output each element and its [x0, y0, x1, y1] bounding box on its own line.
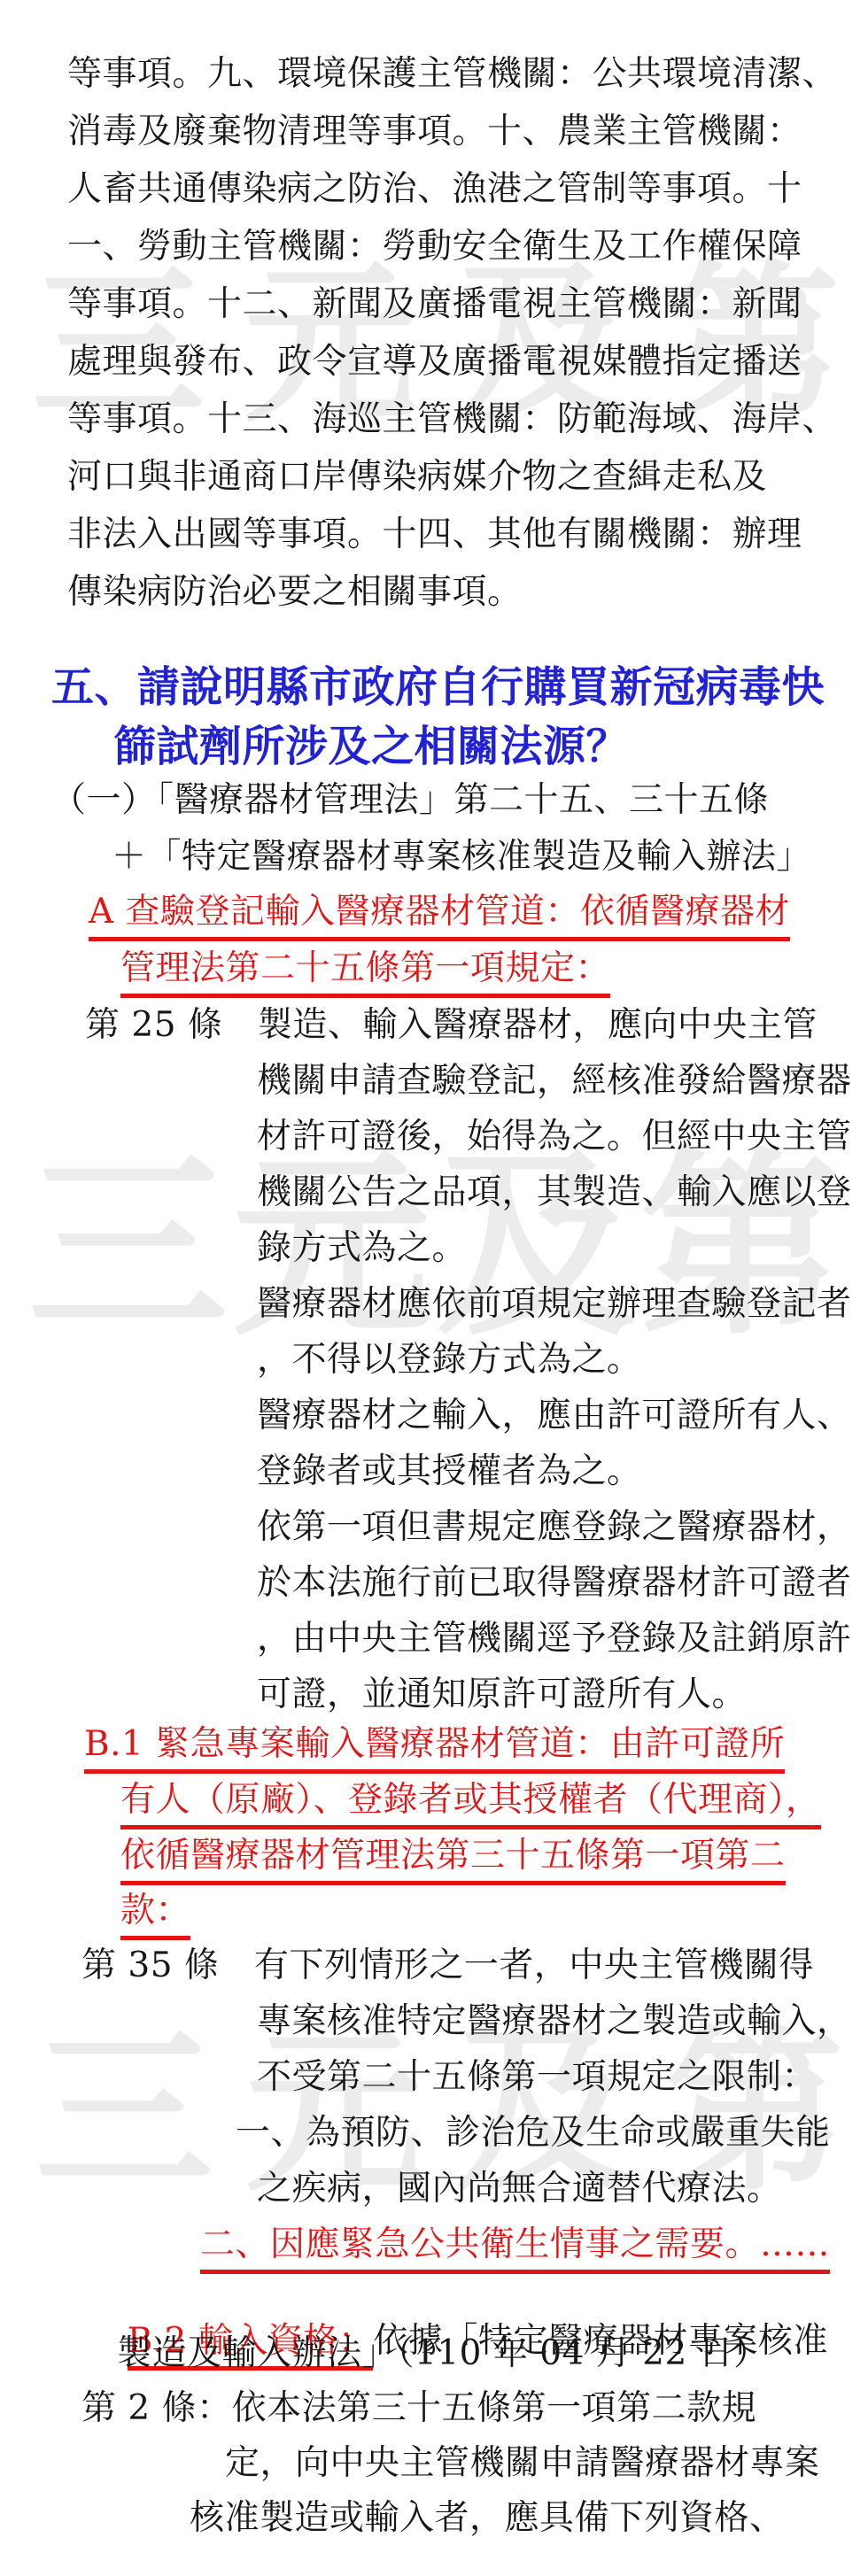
article-35-item1-line: 一、為預防、診治危及生命或嚴重失能 [236, 2112, 831, 2154]
article-25-body-line: 機關公告之品項，其製造、輸入應以登 [257, 1172, 852, 1214]
question5-heading-line2: 篩試劑所涉及之相關法源？ [113, 722, 629, 771]
watermark-char: 三 [28, 1148, 228, 1347]
section-b1-heading-line4: 款： [120, 1890, 190, 1940]
intro-paragraph-line: 人畜共通傳染病之防治、漁港之管制等事項。十 [67, 168, 802, 211]
article-35-item1-line: 之疾病，國內尚無合適替代療法。 [257, 2168, 782, 2210]
legal-basis-line1: （一）「醫療器材管理法」第二十五、三十五條 [51, 779, 769, 822]
section-b1-heading-line1: B.1 緊急專案輸入醫療器材管道：由許可證所 [84, 1723, 785, 1774]
intro-paragraph-line: 非法入出國等事項。十四、其他有關機關：辦理 [67, 514, 802, 556]
article-25-body-line: 錄方式為之。 [257, 1227, 467, 1270]
article-25-body-line: 可證，並通知原許可證所有人。 [257, 1674, 747, 1716]
article-25-body-line: 醫療器材應依前項規定辦理查驗登記者 [257, 1283, 852, 1326]
legal-basis-line2: ＋「特定醫療器材專案核准製造及輸入辦法」 [112, 836, 811, 878]
article-25-body-line: ，不得以登錄方式為之。 [257, 1339, 642, 1381]
article-2-body-line: 定，向中央主管機關申請醫療器材專案 [225, 2442, 820, 2485]
article-25-body-line: 材許可證後，始得為之。但經中央主管 [257, 1116, 852, 1158]
article-25-body-line: 於本法施行前已取得醫療器材許可證者 [257, 1562, 852, 1605]
document-page: 三 元 及 第 三 元 及 第 三 元 及 第 等事項。九、環境保護主管機關：公… [0, 0, 868, 2576]
regulation-date-line: 製造及輸入辦法」（110 年 04 月 22 日） [117, 2332, 769, 2375]
article-35-body-line: 專案核准特定醫療器材之製造或輸入， [257, 2000, 852, 2043]
intro-paragraph-line: 河口與非通商口岸傳染病媒介物之查緝走私及 [67, 456, 767, 499]
intro-paragraph-line: 消毒及廢棄物清理等事項。十、農業主管機關： [67, 111, 802, 153]
article-25-body-line: ，由中央主管機關逕予登錄及註銷原許 [257, 1618, 852, 1660]
section-b1-heading-line2: 有人（原廠）、登錄者或其授權者（代理商）， [120, 1779, 821, 1830]
article-35-body-line: 不受第二十五條第一項規定之限制： [257, 2056, 817, 2099]
section-a-heading-line2: 管理法第二十五條第一項規定： [120, 948, 610, 998]
article-25-body-line: 登錄者或其授權者為之。 [257, 1450, 642, 1493]
article-25-body-line: 醫療器材之輸入，應由許可證所有人、 [257, 1395, 852, 1437]
intro-paragraph-line: 等事項。十二、新聞及廣播電視主管機關：新聞 [67, 283, 802, 326]
intro-paragraph-line: 等事項。十三、海巡主管機關：防範海域、海岸、 [67, 398, 837, 441]
section-b1-heading-line3: 依循醫療器材管理法第三十五條第一項第二 [120, 1835, 786, 1885]
question5-heading-line1: 五、請說明縣市政府自行購買新冠病毒快 [51, 662, 825, 712]
article-2-body-line: 核准製造或輸入者，應具備下列資格、 [190, 2497, 785, 2540]
article-35-opening: 第 35 條 有下列情形之一者，中央主管機關得 [81, 1945, 814, 1987]
article-25-body-line: 依第一項但書規定應登錄之醫療器材， [257, 1506, 852, 1549]
intro-paragraph-line: 處理與發布、政令宣導及廣播電視媒體指定播送 [67, 341, 802, 383]
intro-paragraph-line: 等事項。九、環境保護主管機關：公共環境清潔、 [67, 53, 837, 96]
article-25-opening: 第 25 條 製造、輸入醫療器材，應向中央主管 [85, 1004, 818, 1047]
article-2-opening: 第 2 條：依本法第三十五條第一項第二款規 [81, 2387, 756, 2430]
intro-paragraph-line: 傳染病防治必要之相關事項。 [67, 571, 523, 614]
article-25-body-line: 機關申請查驗登記，經核准發給醫療器 [257, 1060, 852, 1102]
watermark-char: 三 [35, 2024, 213, 2201]
intro-paragraph-line: 一、勞動主管機關：勞動安全衛生及工作權保障 [67, 226, 802, 268]
section-a-heading-line1: A 查驗登記輸入醫療器材管道：依循醫療器材 [89, 891, 790, 941]
article-35-item2-line: 二、因應緊急公共衛生情事之需要。…… [200, 2224, 830, 2274]
